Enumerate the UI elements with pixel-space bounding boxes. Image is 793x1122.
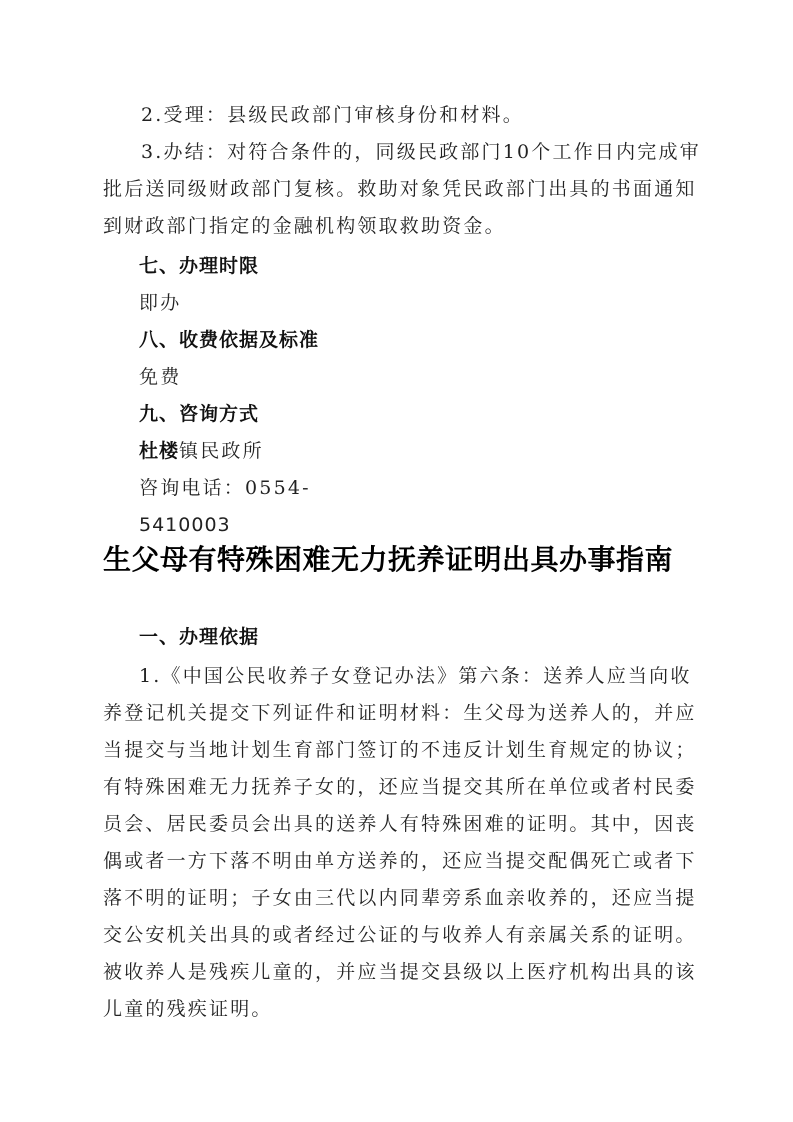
step2-text: 2.受理：县级民政部门审核身份和材料。 [141,103,524,127]
section9-phone-label: 咨询电话：0554- [139,476,311,500]
guide-basis-line-8: 交公安机关出具的或者经过公证的与收养人有亲属关系的证明。 [103,923,697,947]
guide-basis-line-4: 有特殊困难无力抚养子女的，还应当提交其所在单位或者村民委 [103,775,697,799]
guide-basis-line-10: 儿童的残疾证明。 [103,997,273,1021]
section9-heading: 九、咨询方式 [139,402,259,426]
section8-body: 免费 [139,365,181,389]
document-page: 2.受理：县级民政部门审核身份和材料。 3.办结：对符合条件的，同级民政部门10… [0,0,793,1122]
office-suffix: 镇民政所 [179,440,264,462]
step3-line-3: 到财政部门指定的金融机构领取救助资金。 [103,214,506,238]
guide-basis-line-3: 当提交与当地计划生育部门签订的不违反计划生育规定的协议； [103,738,697,762]
guide-title: 生父母有特殊困难无力抚养证明出具办事指南 [103,540,703,580]
guide-basis-line-9: 被收养人是残疾儿童的，并应当提交县级以上医疗机构出具的该 [103,960,697,984]
section7-body: 即办 [139,291,181,315]
guide-basis-line-7: 落不明的证明；子女由三代以内同辈旁系血亲收养的，还应当提 [103,886,697,910]
section9-phone-number: 5410003 [139,513,231,537]
guide-basis-line-5: 员会、居民委员会出具的送养人有特殊困难的证明。其中，因丧 [103,812,697,836]
guide-section1-heading: 一、办理依据 [139,625,259,649]
step3-line-1: 3.办结：对符合条件的，同级民政部门10个工作日内完成审 [141,140,701,164]
step3-line-2: 批后送同级财政部门复核。救助对象凭民政部门出具的书面通知 [103,177,697,201]
section7-heading: 七、办理时限 [139,254,259,278]
guide-basis-line-2: 养登记机关提交下列证件和证明材料：生父母为送养人的，并应 [103,701,697,725]
office-town-name: 杜楼 [139,440,179,462]
guide-basis-line-6: 偶或者一方下落不明由单方送养的，还应当提交配偶死亡或者下 [103,849,697,873]
section9-office: 杜楼镇民政所 [139,439,264,463]
section8-heading: 八、收费依据及标准 [139,328,319,352]
guide-basis-line-1: 1.《中国公民收养子女登记办法》第六条：送养人应当向收 [139,664,692,688]
